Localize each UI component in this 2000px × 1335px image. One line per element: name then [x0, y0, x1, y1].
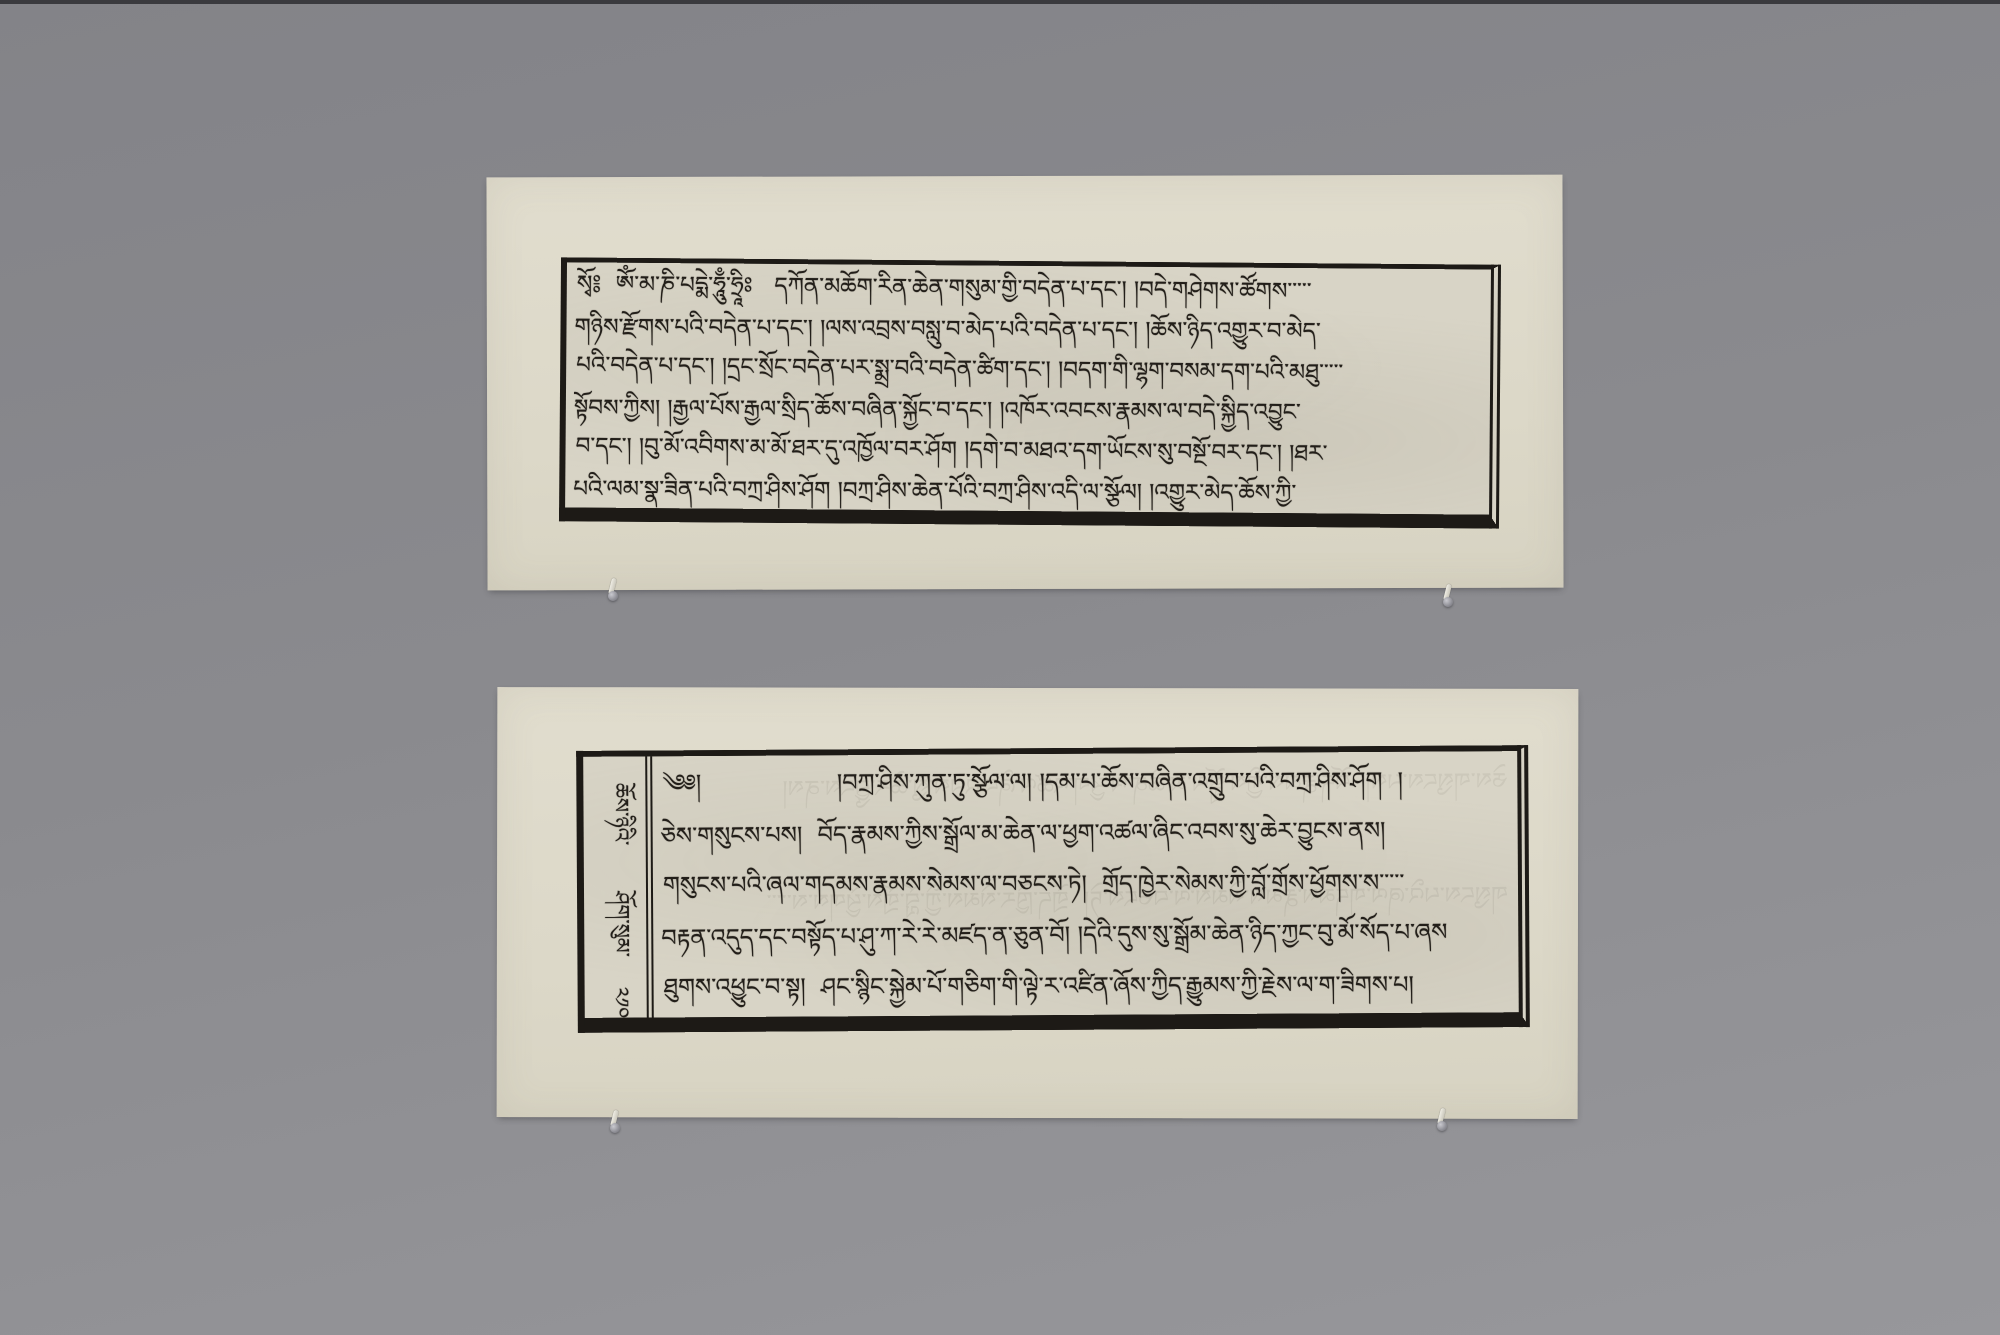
tibetan-text: །བཀྲ་ཤིས་ཀུན་ཏུ་སྩོལ་ལ། །དམ་པ་ཆོས་བཞིན་འ…: [837, 756, 1403, 809]
pin-head: [1443, 597, 1453, 607]
tibetan-text-line: པའི་ལམ་སྣ་ཟིན་པའི་བཀྲ་ཤིས་ཤོག །བཀྲ་ཤིས་ཆ…: [573, 469, 1477, 515]
folio-margin-column: ཆོས་ཉིའི་ ཤོག་སུམ་ ༢༡༠ ར: [583, 756, 654, 1017]
mounting-pin: [610, 1110, 620, 1136]
tibetan-text-line: བརྟན་འདུད་དང་བསྟོད་པ་ཤུ་ཀ་རེ་རེ་མཛད་ན་ཅུ…: [661, 906, 1506, 964]
tibetan-text-line: ༄༅། །བཀྲ་ཤིས་ཀུན་ཏུ་སྩོལ་ལ། །དམ་པ་ཆོས་བཞ…: [662, 755, 1507, 809]
text-block-bottom: ཅེས་གསུངས་པས། བོད་རྣམས་ཀྱིས་སྒྲོལ་མ་ཆེན་…: [652, 751, 1519, 1017]
woodblock-frame-bottom: ཆོས་ཉིའི་ ཤོག་སུམ་ ༢༡༠ ར ཅེས་གསུངས་པས། བ…: [576, 745, 1530, 1033]
mounting-pin: [1443, 584, 1453, 610]
photo-background: { "colors": { "background_gray": "#8a8a8…: [0, 0, 2000, 1335]
pin-head: [1437, 1121, 1447, 1131]
tibetan-text-line: བ་དང་། །བུ་མོ་འབིགས་མ་མོ་ཐར་དུ་འཁྱོལ་བར་…: [575, 426, 1479, 476]
mounting-pin: [1437, 1108, 1447, 1134]
yig-mgo-head-mark: ༄༅།: [662, 758, 709, 809]
tibetan-text-line: ཅེས་གསུངས་པས། བོད་རྣམས་ཀྱིས་སྒྲོལ་མ་ཆེན་…: [660, 805, 1505, 863]
mounting-pin: [608, 578, 618, 604]
tibetan-text-line: གསུངས་པའི་ཞལ་གདམས་རྣམས་སེམས་ལ་བཅངས་ཏེ། ག…: [663, 857, 1508, 911]
margin-title-lower: ཤོག་སུམ་: [586, 891, 645, 957]
tibetan-text-line: པའི་བདེན་པ་དང་། །དྲང་སྲོང་བདེན་པར་སྨྲ་བའ…: [576, 345, 1480, 395]
tibetan-text-line: ཐུགས་འཕྱུང་བ་སྟ། ཤང་སྙིང་སྐྱེམ་པོ་གཅིག་ག…: [664, 959, 1509, 1013]
margin-title-upper: ཆོས་ཉིའི་: [585, 783, 644, 846]
folio-number: ༢༡༠: [588, 987, 644, 1018]
pin-head: [608, 591, 618, 601]
woodblock-frame-top: སྭོ༔ ༀ་མ་ཎི་པདྨེ་ཧཱུྃ་ཧྲཱིཿ དཀོན་མཆོག་རི…: [559, 257, 1501, 528]
pin-head: [610, 1123, 620, 1133]
text-block-top: སྭོ༔ ༀ་མ་ཎི་པདྨེ་ཧཱུྃ་ཧྲཱིཿ དཀོན་མཆོག་རི…: [565, 262, 1491, 515]
tibetan-text-line: སྭོ༔ ༀ་མ་ཎི་པདྨེ་ཧཱུྃ་ཧྲཱིཿ དཀོན་མཆོག་རི…: [577, 264, 1481, 314]
photo-edge-strip: [0, 0, 2000, 4]
